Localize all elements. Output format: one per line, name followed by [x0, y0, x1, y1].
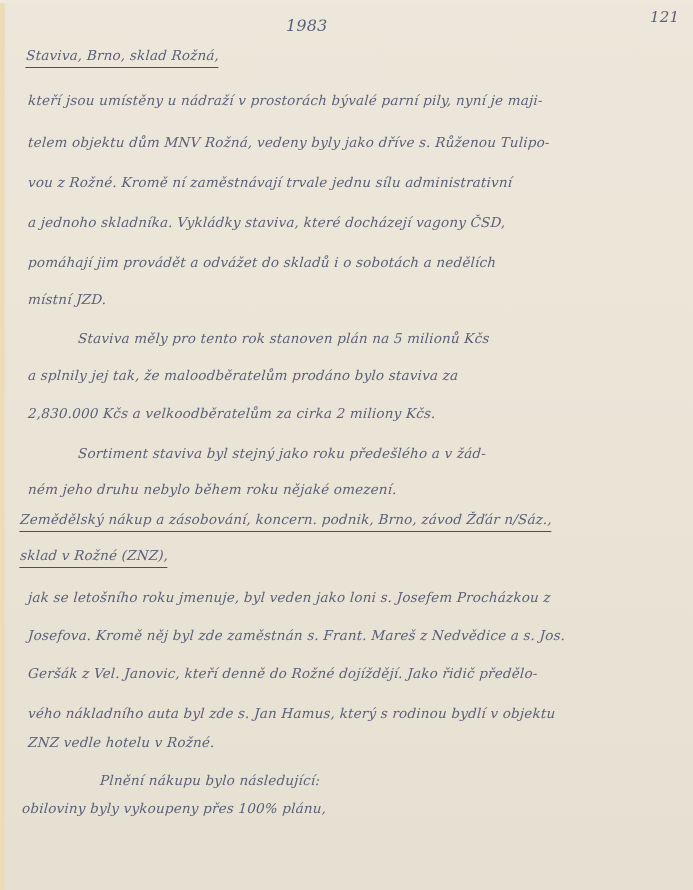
text-line: pomáhají jim provádět a odvážet do sklad… [28, 257, 497, 271]
text-line: telem objektu dům MNV Rožná, vedeny byly… [28, 137, 551, 151]
text-line: a jednoho skladníka. Vykládky staviva, k… [28, 217, 506, 231]
section-heading-staviva: Staviva, Brno, sklad Rožná, [25, 50, 219, 68]
text-line: Sortiment staviva byl stejný jako roku p… [78, 448, 487, 462]
text-line: vého nákladního auta byl zde s. Jan Hamu… [28, 708, 556, 722]
year-header: 1983 [286, 18, 328, 34]
text-line: obiloviny byly vykoupeny přes 100% plánu… [22, 803, 327, 817]
text-line: místní JZD. [28, 294, 107, 308]
text-line: Geršák z Vel. Janovic, kteří denně do Ro… [28, 668, 538, 682]
text-line: jak se letošního roku jmenuje, byl veden… [28, 592, 552, 606]
text-line: Josefova. Kromě něj byl zde zaměstnán s.… [28, 630, 566, 644]
text-line: ném jeho druhu nebylo během roku nějaké … [28, 484, 398, 498]
text-line: a splnily jej tak, že maloodběratelům pr… [28, 370, 459, 384]
text-line: 2,830.000 Kčs a velkoodběratelům za cirk… [28, 408, 437, 422]
text-line: kteří jsou umístěny u nádraží v prostorá… [28, 95, 544, 109]
page-number: 121 [650, 10, 679, 25]
text-line: ZNZ vedle hotelu v Rožné. [28, 737, 216, 751]
text-line: Staviva měly pro tento rok stanoven plán… [78, 333, 490, 347]
chronicle-page: 1983 121 Staviva, Brno, sklad Rožná, kte… [0, 0, 693, 890]
text-line: vou z Rožné. Kromě ní zaměstnávají trval… [28, 177, 513, 191]
section-heading-znz-line1: Zemědělský nákup a zásobování, koncern. … [19, 514, 552, 532]
section-heading-znz-line2: sklad v Rožné (ZNZ), [19, 550, 168, 568]
text-line: Plnění nákupu bylo následující: [100, 775, 321, 789]
